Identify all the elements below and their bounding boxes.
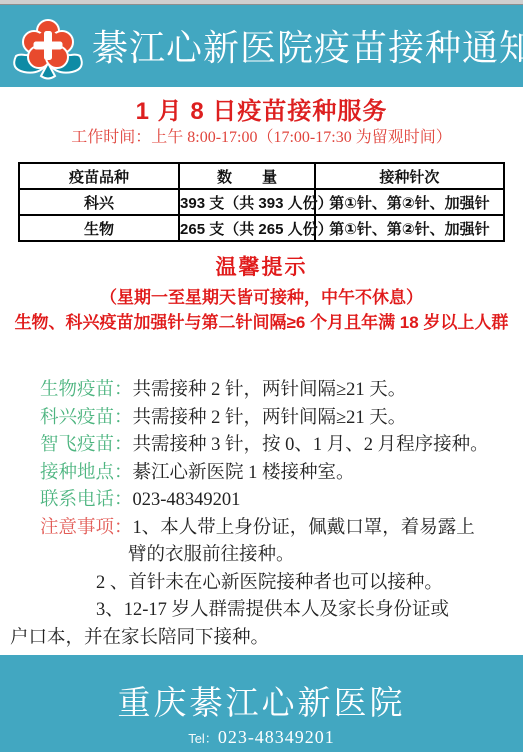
detail-label: 智飞疫苗： bbox=[40, 435, 133, 455]
detail-label: 科兴疫苗： bbox=[40, 408, 133, 428]
hospital-name: 重庆綦江心新医院 bbox=[0, 677, 523, 724]
col-header-quantity: 数 量 bbox=[179, 163, 315, 189]
detail-line-zhifei: 智飞疫苗：共需接种 3 针，按 0、1 月、2 月程序接种。 bbox=[40, 432, 518, 460]
detail-text: 共需接种 2 针，两针间隔≥21 天。 bbox=[133, 408, 407, 428]
notice-page: 綦江心新医院疫苗接种通知 1 月 8 日疫苗接种服务 工作时间：上午 8:00-… bbox=[0, 0, 523, 752]
detail-line-location: 接种地点：綦江心新医院 1 楼接种室。 bbox=[40, 460, 518, 488]
tips-booster-interval: 生物、科兴疫苗加强针与第二针间隔≥6 个月且年满 18 岁以上人群 bbox=[0, 308, 523, 333]
detail-label: 接种地点： bbox=[40, 463, 133, 483]
tel-number: 023-48349201 bbox=[218, 727, 335, 747]
service-date-title: 1 月 8 日疫苗接种服务 bbox=[0, 91, 523, 126]
detail-text: 共需接种 2 针，两针间隔≥21 天。 bbox=[133, 380, 407, 400]
detail-line-phone: 联系电话：023-48349201 bbox=[40, 487, 518, 515]
detail-label: 生物疫苗： bbox=[40, 380, 133, 400]
detail-text: 023-48349201 bbox=[133, 490, 241, 510]
notes-label: 注意事项： bbox=[40, 518, 133, 538]
footer-banner: 重庆綦江心新医院 Tel：023-48349201 bbox=[0, 655, 523, 752]
cell-quantity: 393 支（共 393 人份） bbox=[179, 189, 315, 215]
note-line-3: 3、12-17 岁人群需提供本人及家长身份证或 bbox=[40, 597, 518, 625]
tips-open-days: （星期一至星期天皆可接种，中午不休息） bbox=[0, 283, 523, 308]
cell-vaccine-type: 科兴 bbox=[19, 189, 179, 215]
hospital-flower-cross-logo-icon bbox=[11, 18, 85, 84]
cell-dose: 第①针、第②针、加强针 bbox=[315, 215, 504, 241]
tips-title: 温馨提示 bbox=[0, 251, 523, 281]
note-line-2: 2 、首针未在心新医院接种者也可以接种。 bbox=[40, 570, 518, 598]
detail-text: 共需接种 3 针，按 0、1 月、2 月程序接种。 bbox=[133, 435, 489, 455]
table-row: 生物 265 支（共 265 人份） 第①针、第②针、加强针 bbox=[19, 215, 504, 241]
cell-dose: 第①针、第②针、加强针 bbox=[315, 189, 504, 215]
work-time-line: 工作时间：上午 8:00-17:00（17:00-17:30 为留观时间） bbox=[0, 124, 523, 147]
footer-telephone: Tel：023-48349201 bbox=[0, 727, 523, 748]
page-title: 綦江心新医院疫苗接种通知 bbox=[92, 20, 517, 71]
notes-text: 1、本人带上身份证，佩戴口罩，着易露上 bbox=[133, 518, 475, 538]
col-header-vaccine-type: 疫苗品种 bbox=[19, 163, 179, 189]
detail-text: 綦江心新医院 1 楼接种室。 bbox=[133, 463, 355, 483]
vaccine-supply-table: 疫苗品种 数 量 接种针次 科兴 393 支（共 393 人份） 第①针、第②针… bbox=[18, 162, 505, 242]
cell-quantity: 265 支（共 265 人份） bbox=[179, 215, 315, 241]
tel-label: Tel： bbox=[188, 731, 218, 746]
header-banner: 綦江心新医院疫苗接种通知 bbox=[0, 5, 523, 87]
note-line-3-wrap: 户口本，并在家长陪同下接种。 bbox=[10, 625, 518, 653]
detail-line-shengwu: 生物疫苗：共需接种 2 针，两针间隔≥21 天。 bbox=[40, 377, 518, 405]
detail-line-notes: 注意事项：1、本人带上身份证，佩戴口罩，着易露上 bbox=[40, 515, 518, 543]
details-section: 生物疫苗：共需接种 2 针，两针间隔≥21 天。 科兴疫苗：共需接种 2 针，两… bbox=[40, 377, 518, 652]
table-row: 科兴 393 支（共 393 人份） 第①针、第②针、加强针 bbox=[19, 189, 504, 215]
note-line-wrap: 臂的衣服前往接种。 bbox=[40, 542, 518, 570]
cell-vaccine-type: 生物 bbox=[19, 215, 179, 241]
col-header-dose: 接种针次 bbox=[315, 163, 504, 189]
detail-line-kexing: 科兴疫苗：共需接种 2 针，两针间隔≥21 天。 bbox=[40, 405, 518, 433]
table-header-row: 疫苗品种 数 量 接种针次 bbox=[19, 163, 504, 189]
detail-label: 联系电话： bbox=[40, 490, 133, 510]
